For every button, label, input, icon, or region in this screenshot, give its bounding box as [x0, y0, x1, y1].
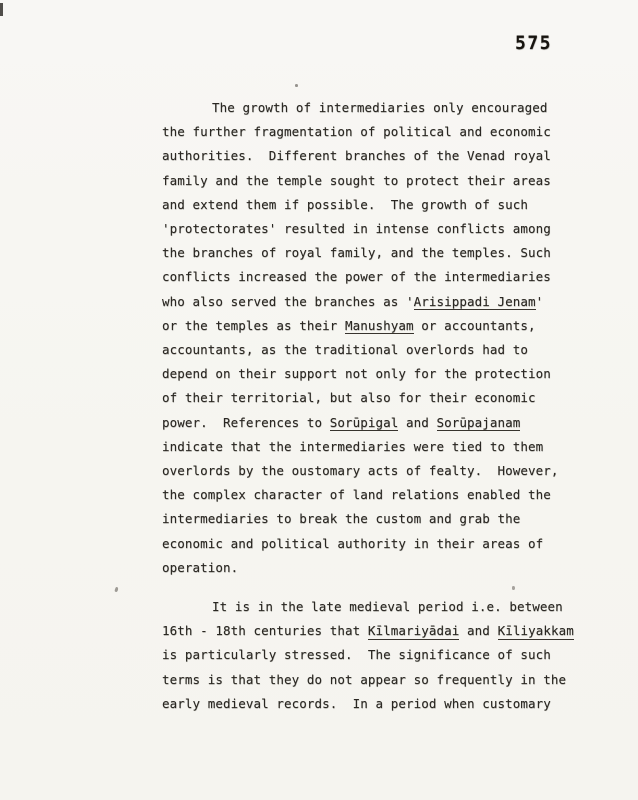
document-page: 575 The growth of intermediaries only en…	[0, 0, 638, 800]
text-line: 16th - 18th centuries that Kīlmariyādai …	[162, 619, 612, 643]
text-line: terms is that they do not appear so freq…	[162, 668, 612, 692]
text-segment: the branches of royal family, and the te…	[162, 245, 551, 260]
text-line: the further fragmentation of political a…	[162, 120, 612, 144]
text-segment: operation.	[162, 560, 238, 575]
text-line: depend on their support not only for the…	[162, 362, 612, 386]
text-segment: is particularly stressed. The significan…	[162, 647, 551, 662]
text-line: overlords by the oustomary acts of fealt…	[162, 459, 612, 483]
underlined-term: Kīliyakkam	[498, 623, 574, 640]
text-line: is particularly stressed. The significan…	[162, 643, 612, 667]
text-line: who also served the branches as 'Arisipp…	[162, 290, 612, 314]
text-segment: depend on their support not only for the…	[162, 366, 551, 381]
text-segment: accountants, as the traditional overlord…	[162, 342, 528, 357]
body-text: The growth of intermediaries only encour…	[162, 96, 612, 716]
text-segment: and	[398, 415, 436, 430]
text-segment: '	[536, 294, 544, 309]
text-line: operation.	[162, 556, 612, 580]
scan-edge-mark	[0, 3, 3, 16]
page-number: 575	[515, 33, 552, 55]
scan-speck	[512, 586, 515, 590]
text-segment: power. References to	[162, 415, 330, 430]
text-segment: indicate that the intermediaries were ti…	[162, 439, 543, 454]
text-line: and extend them if possible. The growth …	[162, 193, 612, 217]
text-segment: or accountants,	[414, 318, 536, 333]
text-segment: the complex character of land relations …	[162, 487, 551, 502]
text-line: authorities. Different branches of the V…	[162, 144, 612, 168]
paragraph: It is in the late medieval period i.e. b…	[162, 595, 612, 716]
text-line: conflicts increased the power of the int…	[162, 265, 612, 289]
text-line: accountants, as the traditional overlord…	[162, 338, 612, 362]
text-segment: who also served the branches as '	[162, 294, 414, 309]
text-segment: the further fragmentation of political a…	[162, 124, 551, 139]
text-segment: 'protectorates' resulted in intense conf…	[162, 221, 551, 236]
text-segment: early medieval records. In a period when…	[162, 696, 551, 711]
text-line: family and the temple sought to protect …	[162, 169, 612, 193]
text-line: or the temples as their Manushyam or acc…	[162, 314, 612, 338]
text-line: indicate that the intermediaries were ti…	[162, 435, 612, 459]
underlined-term: Arisippadi Jenam	[414, 294, 536, 311]
text-segment: terms is that they do not appear so freq…	[162, 672, 566, 687]
text-segment: authorities. Different branches of the V…	[162, 148, 551, 163]
text-segment: 16th - 18th centuries that	[162, 623, 368, 638]
text-line: the branches of royal family, and the te…	[162, 241, 612, 265]
text-segment: intermediaries to break the custom and g…	[162, 511, 520, 526]
underlined-term: Sorūpigal	[330, 415, 399, 432]
text-segment: conflicts increased the power of the int…	[162, 269, 551, 284]
underlined-term: Sorūpajanam	[437, 415, 521, 432]
underlined-term: Manushyam	[345, 318, 414, 335]
text-segment: of their territorial, but also for their…	[162, 390, 536, 405]
text-line: economic and political authority in thei…	[162, 532, 612, 556]
text-segment: economic and political authority in thei…	[162, 536, 543, 551]
scan-speck	[114, 587, 118, 593]
text-line: early medieval records. In a period when…	[162, 692, 612, 716]
text-line: It is in the late medieval period i.e. b…	[162, 595, 612, 619]
text-segment: It is in the late medieval period i.e. b…	[212, 599, 563, 614]
text-line: intermediaries to break the custom and g…	[162, 507, 612, 531]
text-line: 'protectorates' resulted in intense conf…	[162, 217, 612, 241]
text-segment: The growth of intermediaries only encour…	[212, 100, 548, 115]
scan-speck	[295, 84, 298, 87]
paragraph: The growth of intermediaries only encour…	[162, 96, 612, 580]
text-segment: and	[459, 623, 497, 638]
text-line: of their territorial, but also for their…	[162, 386, 612, 410]
text-line: power. References to Sorūpigal and Sorūp…	[162, 411, 612, 435]
text-segment: overlords by the oustomary acts of fealt…	[162, 463, 559, 478]
text-line: The growth of intermediaries only encour…	[162, 96, 612, 120]
text-segment: family and the temple sought to protect …	[162, 173, 551, 188]
text-segment: and extend them if possible. The growth …	[162, 197, 528, 212]
underlined-term: Kīlmariyādai	[368, 623, 460, 640]
text-segment: or the temples as their	[162, 318, 345, 333]
text-line: the complex character of land relations …	[162, 483, 612, 507]
